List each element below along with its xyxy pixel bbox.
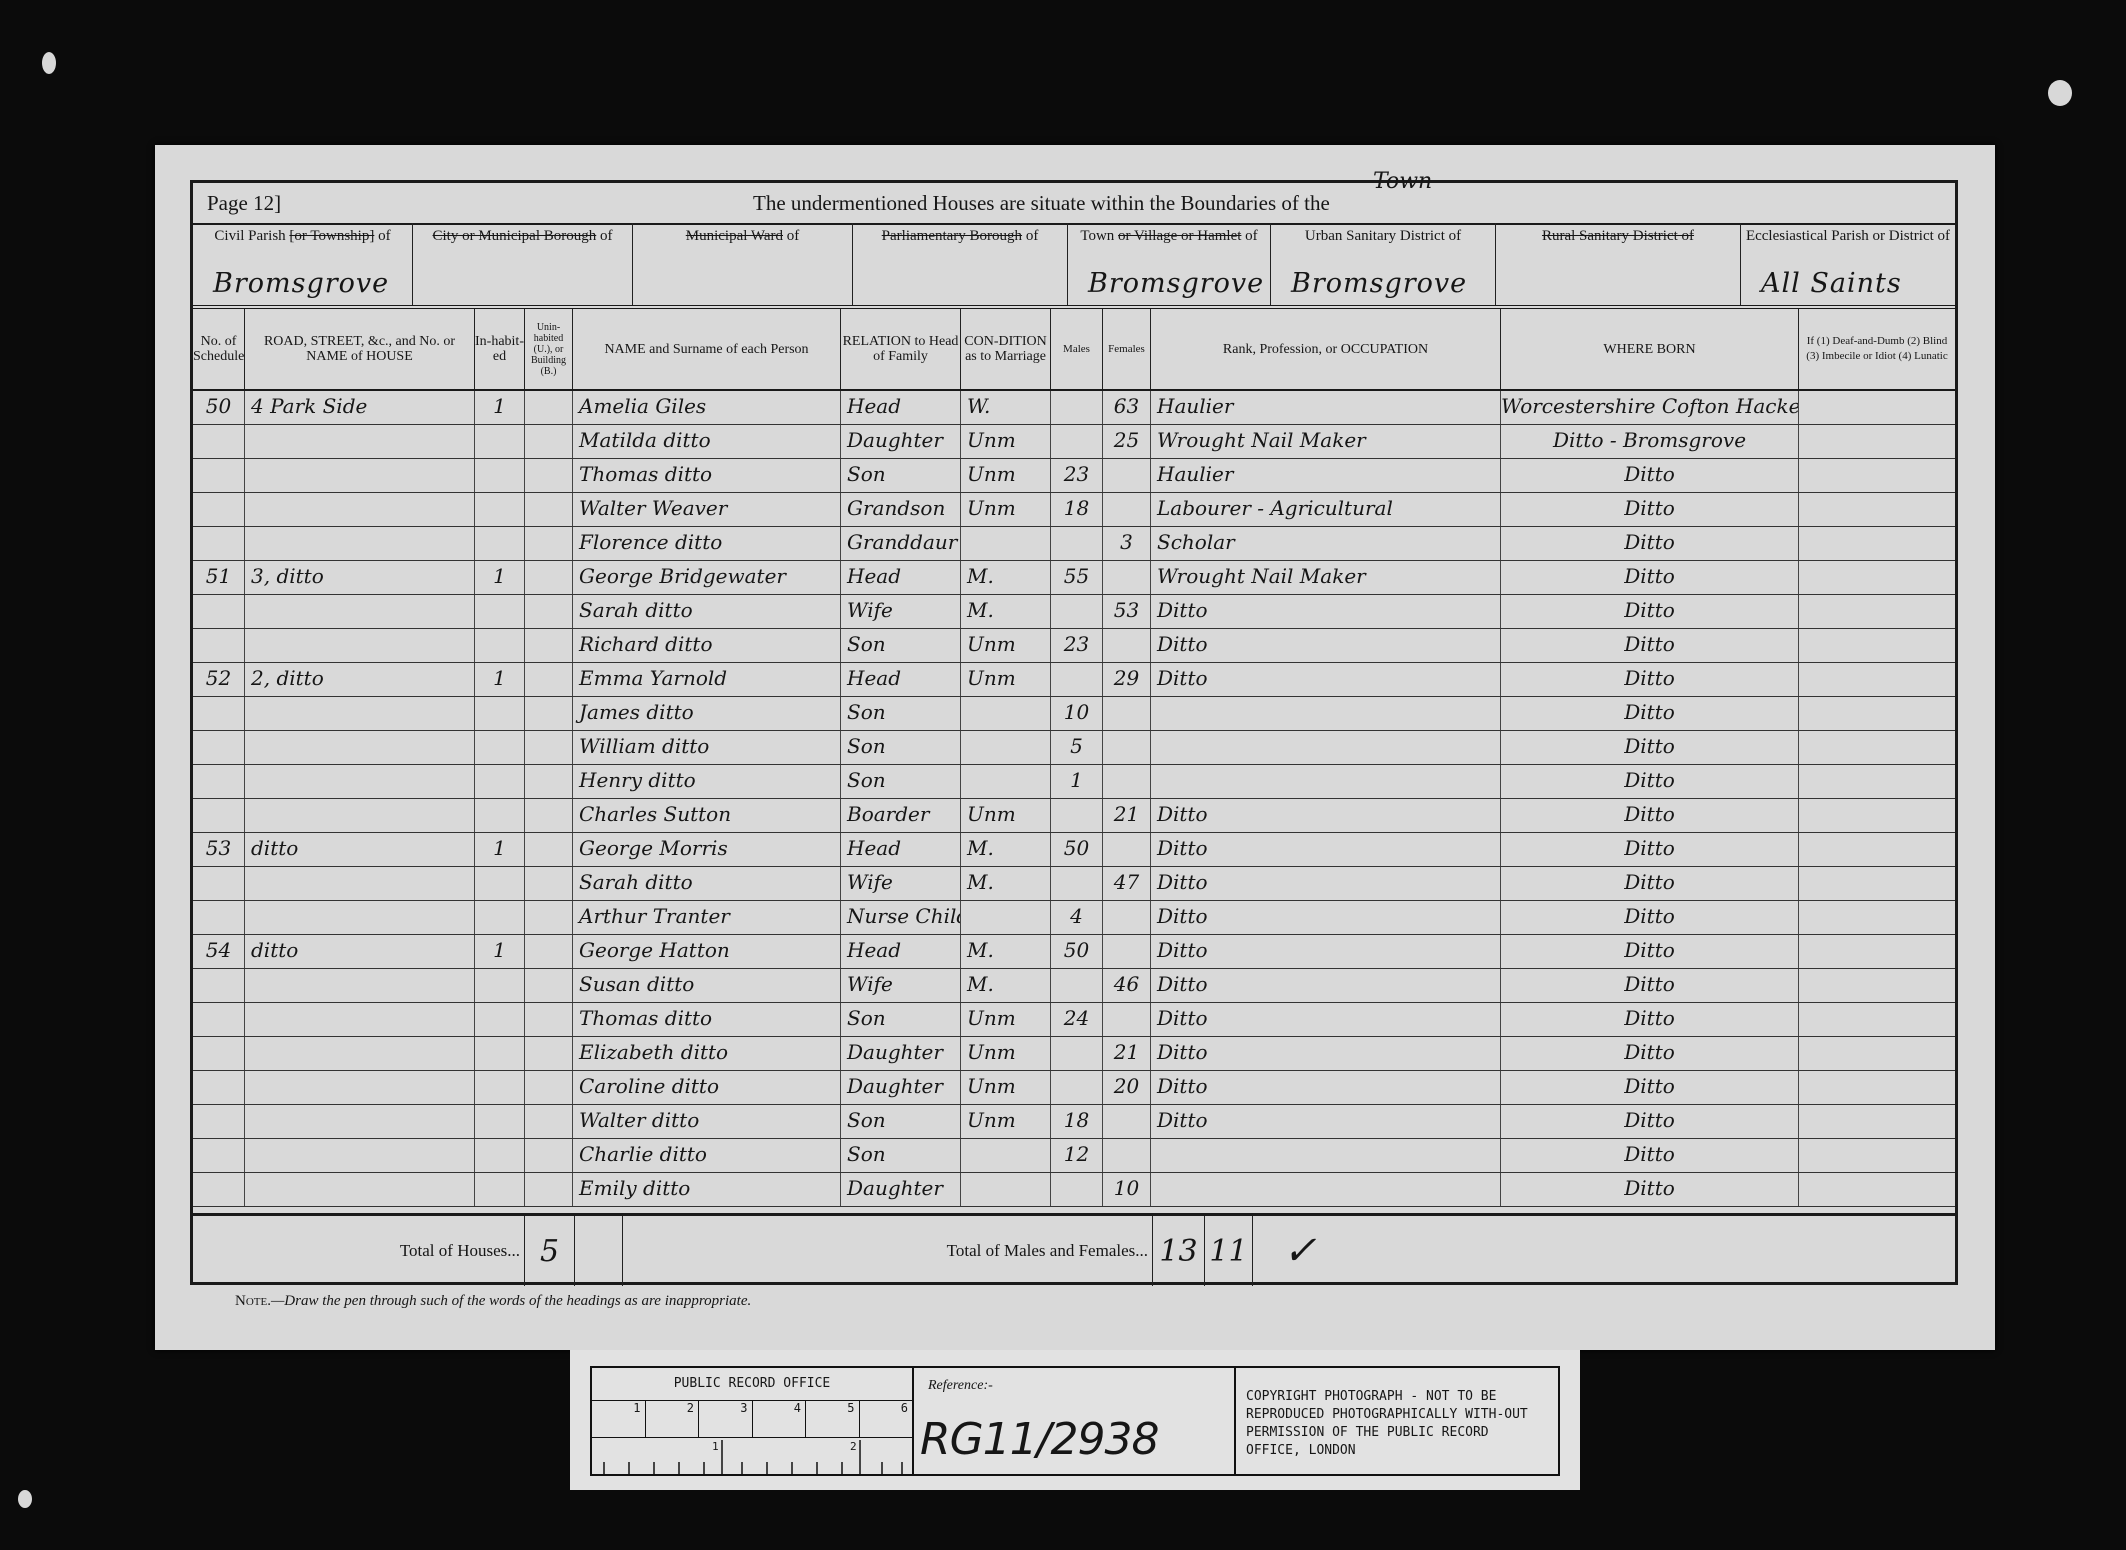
table-row: Susan dittoWifeM.46DittoDitto bbox=[193, 969, 1955, 1003]
cell-male-age: 10 bbox=[1051, 697, 1103, 730]
cell-blank bbox=[1799, 1003, 1955, 1036]
col-name: NAME and Surname of each Person bbox=[573, 309, 841, 389]
cell-schedule bbox=[193, 901, 245, 934]
cell-inhabited: 1 bbox=[475, 935, 525, 968]
cell-relation: Son bbox=[841, 697, 961, 730]
cell-name: George Morris bbox=[573, 833, 841, 866]
cell-relation: Daughter bbox=[841, 425, 961, 458]
cell-where-born: Ditto bbox=[1501, 935, 1799, 968]
cell-male-age bbox=[1051, 391, 1103, 424]
cell-where-born: Ditto bbox=[1501, 731, 1799, 764]
cell-where-born: Ditto bbox=[1501, 629, 1799, 662]
cell-inhabited bbox=[475, 867, 525, 900]
col-inhabited: In-habit-ed bbox=[475, 309, 525, 389]
cell-occupation: Ditto bbox=[1151, 1105, 1501, 1138]
cell-schedule bbox=[193, 493, 245, 526]
cell-occupation: Ditto bbox=[1151, 1037, 1501, 1070]
page-number: Page 12] bbox=[207, 191, 281, 216]
cell-where-born: Ditto bbox=[1501, 595, 1799, 628]
cell-inhabited bbox=[475, 1037, 525, 1070]
totals-row: Total of Houses... 5 Total of Males and … bbox=[193, 1213, 1955, 1286]
cell-blank bbox=[1799, 969, 1955, 1002]
cell-occupation: Ditto bbox=[1151, 867, 1501, 900]
col-where-born: WHERE BORN bbox=[1501, 309, 1799, 389]
cell-where-born: Ditto bbox=[1501, 1105, 1799, 1138]
cell-blank bbox=[525, 527, 573, 560]
cell-blank bbox=[1799, 901, 1955, 934]
cell-road bbox=[245, 731, 475, 764]
cell-blank bbox=[1799, 1105, 1955, 1138]
cell-relation: Wife bbox=[841, 595, 961, 628]
reference-label: Reference:- bbox=[928, 1378, 993, 1394]
cell-road bbox=[245, 1105, 475, 1138]
cell-road: ditto bbox=[245, 935, 475, 968]
cell-blank bbox=[525, 901, 573, 934]
form-header: Page 12] The undermentioned Houses are s… bbox=[193, 183, 1955, 225]
cell-blank bbox=[1799, 1139, 1955, 1172]
cell-name: Sarah ditto bbox=[573, 867, 841, 900]
cell-road: 3, ditto bbox=[245, 561, 475, 594]
table-row: 504 Park Side1Amelia GilesHeadW.63Haulie… bbox=[193, 391, 1955, 425]
cell-male-age: 50 bbox=[1051, 833, 1103, 866]
cell-male-age bbox=[1051, 663, 1103, 696]
cell-blank bbox=[1799, 867, 1955, 900]
cell-inhabited bbox=[475, 901, 525, 934]
cell-female-age bbox=[1103, 697, 1151, 730]
area-municipal-ward: Municipal Ward of bbox=[633, 223, 853, 305]
table-row: James dittoSon10Ditto bbox=[193, 697, 1955, 731]
cell-road bbox=[245, 1071, 475, 1104]
cell-condition: M. bbox=[961, 595, 1051, 628]
cell-inhabited bbox=[475, 731, 525, 764]
cell-blank bbox=[525, 663, 573, 696]
cell-condition: M. bbox=[961, 935, 1051, 968]
cell-name: Walter ditto bbox=[573, 1105, 841, 1138]
cell-female-age: 29 bbox=[1103, 663, 1151, 696]
cell-female-age: 10 bbox=[1103, 1173, 1151, 1206]
cell-schedule: 53 bbox=[193, 833, 245, 866]
table-row: Sarah dittoWifeM.47DittoDitto bbox=[193, 867, 1955, 901]
cell-condition: Unm bbox=[961, 493, 1051, 526]
cell-relation: Nurse Child bbox=[841, 901, 961, 934]
cell-male-age bbox=[1051, 1037, 1103, 1070]
table-row: Charles SuttonBoarderUnm21DittoDitto bbox=[193, 799, 1955, 833]
cell-condition: Unm bbox=[961, 1105, 1051, 1138]
cell-male-age bbox=[1051, 425, 1103, 458]
cell-where-born: Ditto bbox=[1501, 833, 1799, 866]
cell-road bbox=[245, 1139, 475, 1172]
cell-schedule bbox=[193, 629, 245, 662]
cell-female-age: 46 bbox=[1103, 969, 1151, 1002]
total-males: 13 bbox=[1153, 1216, 1205, 1286]
cell-road bbox=[245, 629, 475, 662]
cell-male-age: 50 bbox=[1051, 935, 1103, 968]
cell-where-born: Ditto bbox=[1501, 697, 1799, 730]
cell-name: Matilda ditto bbox=[573, 425, 841, 458]
cell-female-age bbox=[1103, 731, 1151, 764]
cell-road bbox=[245, 595, 475, 628]
cell-relation: Son bbox=[841, 1139, 961, 1172]
cell-where-born: Ditto bbox=[1501, 527, 1799, 560]
cell-inhabited bbox=[475, 493, 525, 526]
cell-female-age bbox=[1103, 1139, 1151, 1172]
cell-where-born: Ditto bbox=[1501, 901, 1799, 934]
cell-schedule: 51 bbox=[193, 561, 245, 594]
cell-female-age: 25 bbox=[1103, 425, 1151, 458]
cell-road: 4 Park Side bbox=[245, 391, 475, 424]
household-table: No. of Schedule ROAD, STREET, &c., and N… bbox=[193, 309, 1955, 1207]
cell-inhabited bbox=[475, 629, 525, 662]
record-office-title: PUBLIC RECORD OFFICE bbox=[592, 1368, 912, 1401]
cell-occupation: Haulier bbox=[1151, 391, 1501, 424]
cell-male-age: 5 bbox=[1051, 731, 1103, 764]
record-office-numbers: 123456 bbox=[592, 1401, 912, 1438]
cell-name: Emily ditto bbox=[573, 1173, 841, 1206]
cell-inhabited bbox=[475, 425, 525, 458]
cell-schedule: 50 bbox=[193, 391, 245, 424]
cell-inhabited bbox=[475, 459, 525, 492]
cell-occupation: Ditto bbox=[1151, 629, 1501, 662]
table-row: Sarah dittoWifeM.53DittoDitto bbox=[193, 595, 1955, 629]
area-town: Town or Village or Hamlet of Bromsgrove bbox=[1068, 223, 1271, 305]
cell-relation: Daughter bbox=[841, 1037, 961, 1070]
cell-inhabited: 1 bbox=[475, 391, 525, 424]
cell-condition: M. bbox=[961, 833, 1051, 866]
area-value: Bromsgrove bbox=[1088, 268, 1264, 299]
cell-blank bbox=[1799, 1037, 1955, 1070]
cell-blank bbox=[525, 867, 573, 900]
cell-relation: Son bbox=[841, 731, 961, 764]
cell-schedule bbox=[193, 969, 245, 1002]
cell-female-age: 21 bbox=[1103, 799, 1151, 832]
cell-relation: Son bbox=[841, 459, 961, 492]
cell-occupation: Ditto bbox=[1151, 969, 1501, 1002]
cell-occupation: Ditto bbox=[1151, 935, 1501, 968]
table-row: 53ditto1George MorrisHeadM.50DittoDitto bbox=[193, 833, 1955, 867]
cell-condition: Unm bbox=[961, 663, 1051, 696]
cell-where-born: Worcestershire Cofton Hackett bbox=[1501, 391, 1799, 424]
cell-relation: Head bbox=[841, 561, 961, 594]
table-header: No. of Schedule ROAD, STREET, &c., and N… bbox=[193, 309, 1955, 391]
cell-blank bbox=[525, 969, 573, 1002]
cell-road: ditto bbox=[245, 833, 475, 866]
cell-blank bbox=[1799, 629, 1955, 662]
cell-where-born: Ditto bbox=[1501, 1037, 1799, 1070]
area-value: Bromsgrove bbox=[1291, 268, 1467, 299]
census-form-frame: Page 12] The undermentioned Houses are s… bbox=[190, 180, 1958, 1285]
cell-female-age: 21 bbox=[1103, 1037, 1151, 1070]
cell-name: Elizabeth ditto bbox=[573, 1037, 841, 1070]
cell-female-age bbox=[1103, 1105, 1151, 1138]
cell-schedule bbox=[193, 1071, 245, 1104]
cell-name: Florence ditto bbox=[573, 527, 841, 560]
cell-female-age: 63 bbox=[1103, 391, 1151, 424]
cell-condition bbox=[961, 1173, 1051, 1206]
cell-condition: Unm bbox=[961, 799, 1051, 832]
cell-occupation: Wrought Nail Maker bbox=[1151, 425, 1501, 458]
cell-occupation: Ditto bbox=[1151, 663, 1501, 696]
cell-female-age bbox=[1103, 833, 1151, 866]
cell-female-age bbox=[1103, 765, 1151, 798]
cell-female-age bbox=[1103, 561, 1151, 594]
census-page: Page 12] The undermentioned Houses are s… bbox=[155, 145, 1995, 1350]
cell-blank bbox=[525, 595, 573, 628]
cell-road bbox=[245, 527, 475, 560]
cell-road: 2, ditto bbox=[245, 663, 475, 696]
cell-where-born: Ditto bbox=[1501, 1071, 1799, 1104]
total-houses-value: 5 bbox=[525, 1216, 575, 1286]
cell-relation: Head bbox=[841, 833, 961, 866]
cell-male-age: 1 bbox=[1051, 765, 1103, 798]
area-municipal-borough: City or Municipal Borough of bbox=[413, 223, 633, 305]
cell-female-age: 20 bbox=[1103, 1071, 1151, 1104]
cell-where-born: Ditto bbox=[1501, 969, 1799, 1002]
cell-name: Sarah ditto bbox=[573, 595, 841, 628]
table-body: 504 Park Side1Amelia GilesHeadW.63Haulie… bbox=[193, 391, 1955, 1207]
table-row: Arthur TranterNurse Child4DittoDitto bbox=[193, 901, 1955, 935]
cell-inhabited bbox=[475, 969, 525, 1002]
ruler-scale: 1 2 bbox=[592, 1438, 912, 1476]
cell-blank bbox=[525, 493, 573, 526]
cell-where-born: Ditto bbox=[1501, 493, 1799, 526]
cell-female-age bbox=[1103, 1003, 1151, 1036]
cell-occupation bbox=[1151, 1173, 1501, 1206]
cell-occupation: Ditto bbox=[1151, 595, 1501, 628]
cell-female-age bbox=[1103, 629, 1151, 662]
cell-female-age bbox=[1103, 459, 1151, 492]
cell-schedule bbox=[193, 1173, 245, 1206]
cell-name: Thomas ditto bbox=[573, 459, 841, 492]
cell-condition: Unm bbox=[961, 1037, 1051, 1070]
cell-female-age bbox=[1103, 935, 1151, 968]
cell-male-age bbox=[1051, 1071, 1103, 1104]
cell-inhabited bbox=[475, 765, 525, 798]
heading-correction: Town bbox=[1373, 169, 1432, 194]
cell-inhabited bbox=[475, 1139, 525, 1172]
table-row: 513, ditto1George BridgewaterHeadM.55Wro… bbox=[193, 561, 1955, 595]
cell-schedule bbox=[193, 799, 245, 832]
col-occupation: Rank, Profession, or OCCUPATION bbox=[1151, 309, 1501, 389]
cell-inhabited bbox=[475, 1071, 525, 1104]
cell-blank bbox=[1799, 1173, 1955, 1206]
cell-schedule bbox=[193, 1037, 245, 1070]
cell-schedule bbox=[193, 1139, 245, 1172]
cell-female-age: 3 bbox=[1103, 527, 1151, 560]
cell-occupation: Scholar bbox=[1151, 527, 1501, 560]
area-value: All Saints bbox=[1761, 268, 1902, 299]
cell-male-age: 24 bbox=[1051, 1003, 1103, 1036]
cell-condition: Unm bbox=[961, 629, 1051, 662]
table-row: Thomas dittoSonUnm23HaulierDitto bbox=[193, 459, 1955, 493]
cell-road bbox=[245, 969, 475, 1002]
col-schedule: No. of Schedule bbox=[193, 309, 245, 389]
cell-female-age: 53 bbox=[1103, 595, 1151, 628]
form-heading: The undermentioned Houses are situate wi… bbox=[753, 191, 1330, 216]
cell-relation: Head bbox=[841, 935, 961, 968]
cell-relation: Grandson bbox=[841, 493, 961, 526]
cell-name: Charlie ditto bbox=[573, 1139, 841, 1172]
total-houses-label: Total of Houses... bbox=[193, 1216, 525, 1286]
cell-road bbox=[245, 459, 475, 492]
cell-road bbox=[245, 765, 475, 798]
cell-schedule: 52 bbox=[193, 663, 245, 696]
cell-condition bbox=[961, 901, 1051, 934]
table-row: Richard dittoSonUnm23DittoDitto bbox=[193, 629, 1955, 663]
table-row: Henry dittoSon1Ditto bbox=[193, 765, 1955, 799]
cell-occupation: Ditto bbox=[1151, 1071, 1501, 1104]
cell-male-age bbox=[1051, 867, 1103, 900]
cell-inhabited: 1 bbox=[475, 833, 525, 866]
cell-occupation bbox=[1151, 731, 1501, 764]
cell-condition: Unm bbox=[961, 1071, 1051, 1104]
cell-schedule bbox=[193, 1105, 245, 1138]
cell-blank bbox=[1799, 425, 1955, 458]
table-row: Caroline dittoDaughterUnm20DittoDitto bbox=[193, 1071, 1955, 1105]
col-uninhabited: Unin-habited (U.), or Building (B.) bbox=[525, 309, 573, 389]
table-row: Matilda dittoDaughterUnm25Wrought Nail M… bbox=[193, 425, 1955, 459]
col-condition: CON-DITION as to Marriage bbox=[961, 309, 1051, 389]
cell-blank bbox=[525, 1071, 573, 1104]
cell-schedule bbox=[193, 697, 245, 730]
total-persons-label: Total of Males and Females... bbox=[623, 1216, 1153, 1286]
cell-male-age: 12 bbox=[1051, 1139, 1103, 1172]
cell-where-born: Ditto bbox=[1501, 799, 1799, 832]
cell-relation: Daughter bbox=[841, 1173, 961, 1206]
cell-inhabited bbox=[475, 595, 525, 628]
cell-male-age bbox=[1051, 595, 1103, 628]
cell-blank bbox=[1799, 935, 1955, 968]
cell-relation: Son bbox=[841, 1003, 961, 1036]
cell-blank bbox=[1799, 595, 1955, 628]
cell-where-born: Ditto bbox=[1501, 1139, 1799, 1172]
cell-relation: Son bbox=[841, 629, 961, 662]
cell-road bbox=[245, 1037, 475, 1070]
cell-condition: Unm bbox=[961, 425, 1051, 458]
area-civil-parish: Civil Parish [or Township] of Bromsgrove bbox=[193, 223, 413, 305]
cell-name: William ditto bbox=[573, 731, 841, 764]
cell-female-age bbox=[1103, 901, 1151, 934]
cell-blank bbox=[525, 425, 573, 458]
cell-condition: Unm bbox=[961, 1003, 1051, 1036]
table-row: William dittoSon5Ditto bbox=[193, 731, 1955, 765]
cell-blank bbox=[525, 765, 573, 798]
cell-condition: M. bbox=[961, 561, 1051, 594]
cell-female-age bbox=[1103, 493, 1151, 526]
cell-condition: W. bbox=[961, 391, 1051, 424]
cell-name: Arthur Tranter bbox=[573, 901, 841, 934]
cell-condition: Unm bbox=[961, 459, 1051, 492]
cell-male-age: 4 bbox=[1051, 901, 1103, 934]
cell-name: Emma Yarnold bbox=[573, 663, 841, 696]
cell-name: Charles Sutton bbox=[573, 799, 841, 832]
cell-condition bbox=[961, 731, 1051, 764]
cell-condition bbox=[961, 527, 1051, 560]
total-females: 11 bbox=[1205, 1216, 1253, 1286]
film-speck bbox=[42, 52, 56, 74]
cell-schedule bbox=[193, 731, 245, 764]
copyright-notice: COPYRIGHT PHOTOGRAPH - NOT TO BE REPRODU… bbox=[1236, 1368, 1558, 1474]
cell-condition bbox=[961, 697, 1051, 730]
film-speck bbox=[18, 1490, 32, 1508]
cell-schedule bbox=[193, 459, 245, 492]
check-mark: ✓ bbox=[1253, 1216, 1955, 1286]
cell-occupation bbox=[1151, 697, 1501, 730]
cell-name: Amelia Giles bbox=[573, 391, 841, 424]
cell-relation: Wife bbox=[841, 969, 961, 1002]
cell-occupation: Ditto bbox=[1151, 799, 1501, 832]
cell-relation: Daughter bbox=[841, 1071, 961, 1104]
cell-schedule: 54 bbox=[193, 935, 245, 968]
cell-blank bbox=[525, 697, 573, 730]
cell-occupation bbox=[1151, 1139, 1501, 1172]
cell-road bbox=[245, 799, 475, 832]
col-infirmity: If (1) Deaf-and-Dumb (2) Blind (3) Imbec… bbox=[1799, 309, 1955, 389]
cell-blank bbox=[525, 629, 573, 662]
cell-relation: Boarder bbox=[841, 799, 961, 832]
cell-inhabited bbox=[475, 1173, 525, 1206]
cell-inhabited: 1 bbox=[475, 561, 525, 594]
cell-male-age bbox=[1051, 527, 1103, 560]
cell-occupation: Ditto bbox=[1151, 901, 1501, 934]
table-row: Florence dittoGranddaur3ScholarDitto bbox=[193, 527, 1955, 561]
cell-condition: M. bbox=[961, 969, 1051, 1002]
cell-blank bbox=[525, 1003, 573, 1036]
cell-occupation: Wrought Nail Maker bbox=[1151, 561, 1501, 594]
cell-occupation bbox=[1151, 765, 1501, 798]
area-boundaries: Civil Parish [or Township] of Bromsgrove… bbox=[193, 223, 1955, 309]
cell-relation: Son bbox=[841, 1105, 961, 1138]
cell-blank bbox=[525, 391, 573, 424]
cell-blank bbox=[525, 1037, 573, 1070]
cell-blank bbox=[525, 1173, 573, 1206]
cell-blank bbox=[1799, 391, 1955, 424]
area-rural-sanitary-district: Rural Sanitary District of bbox=[1496, 223, 1741, 305]
form-note: Note.—Draw the pen through such of the w… bbox=[235, 1293, 751, 1310]
cell-schedule bbox=[193, 425, 245, 458]
cell-blank bbox=[525, 459, 573, 492]
cell-road bbox=[245, 901, 475, 934]
record-office-label: PUBLIC RECORD OFFICE 123456 1 2 Referenc… bbox=[570, 1350, 1580, 1490]
cell-male-age: 18 bbox=[1051, 493, 1103, 526]
cell-blank bbox=[525, 799, 573, 832]
cell-name: Thomas ditto bbox=[573, 1003, 841, 1036]
cell-name: George Hatton bbox=[573, 935, 841, 968]
col-relation: RELATION to Head of Family bbox=[841, 309, 961, 389]
col-females: Females bbox=[1103, 309, 1151, 389]
cell-male-age: 23 bbox=[1051, 459, 1103, 492]
cell-where-born: Ditto bbox=[1501, 561, 1799, 594]
col-males: Males bbox=[1051, 309, 1103, 389]
cell-name: Richard ditto bbox=[573, 629, 841, 662]
table-row: Emily dittoDaughter10Ditto bbox=[193, 1173, 1955, 1207]
table-row: Walter dittoSonUnm18DittoDitto bbox=[193, 1105, 1955, 1139]
cell-male-age: 18 bbox=[1051, 1105, 1103, 1138]
cell-schedule bbox=[193, 1003, 245, 1036]
table-row: Elizabeth dittoDaughterUnm21DittoDitto bbox=[193, 1037, 1955, 1071]
cell-occupation: Haulier bbox=[1151, 459, 1501, 492]
cell-occupation: Ditto bbox=[1151, 1003, 1501, 1036]
cell-condition bbox=[961, 765, 1051, 798]
cell-male-age: 23 bbox=[1051, 629, 1103, 662]
cell-where-born: Ditto bbox=[1501, 663, 1799, 696]
cell-blank bbox=[1799, 765, 1955, 798]
area-urban-sanitary-district: Urban Sanitary District of Bromsgrove bbox=[1271, 223, 1496, 305]
cell-condition bbox=[961, 1139, 1051, 1172]
cell-name: Walter Weaver bbox=[573, 493, 841, 526]
cell-where-born: Ditto - Bromsgrove bbox=[1501, 425, 1799, 458]
cell-name: James ditto bbox=[573, 697, 841, 730]
cell-road bbox=[245, 1003, 475, 1036]
